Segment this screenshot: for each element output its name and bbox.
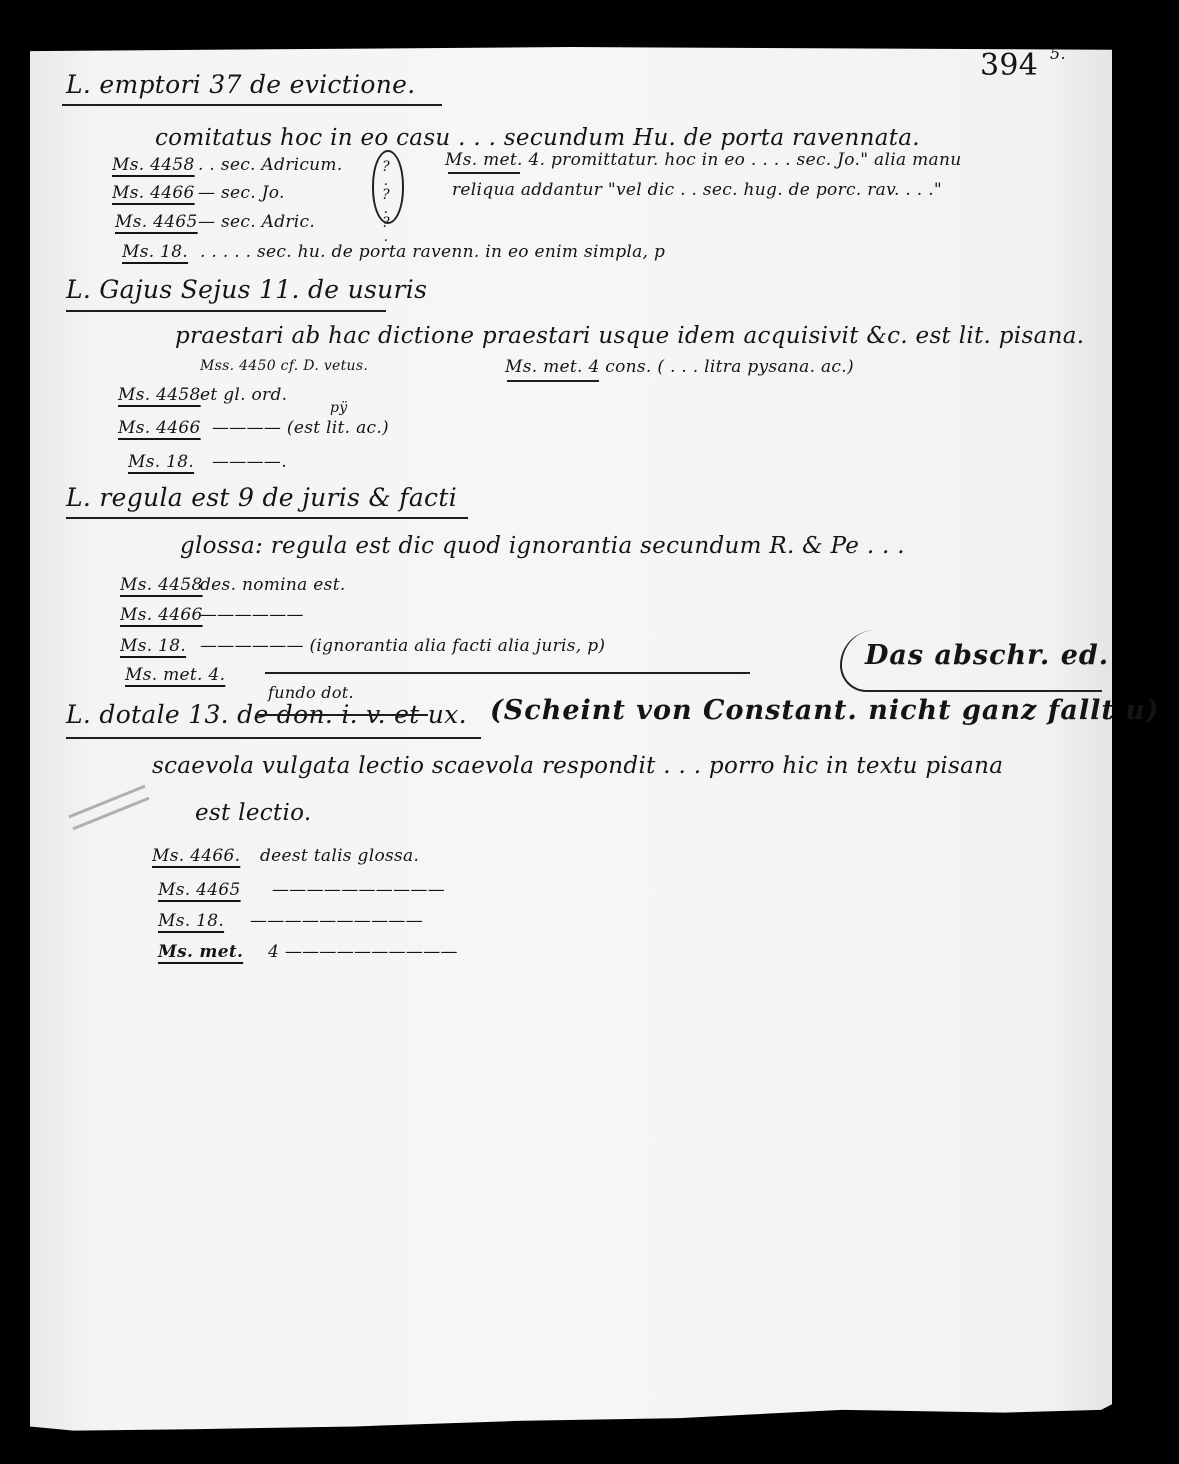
entry-1-heading-rule — [62, 104, 442, 106]
entry-1-ms-note: — sec. Jo. — [198, 183, 285, 203]
entry-1-side-note-underline — [448, 172, 520, 174]
entry-1-ms-note: — sec. Adric. — [198, 212, 315, 232]
entry-2-ms-note: et gl. ord. — [200, 385, 287, 405]
entry-2-sub-note: Mss. 4450 cf. D. vetus. — [200, 358, 368, 374]
entry-4-german-note: (Scheint von Constant. nicht ganz fallt … — [490, 695, 1160, 726]
entry-4-ms-note: —————————— — [272, 880, 445, 900]
entry-1-ms-note: . . . . . sec. hu. de porta ravenn. in e… — [200, 242, 665, 262]
entry-3-long-rule — [265, 672, 750, 674]
entry-3-ms-note: des. nomina est. — [200, 575, 346, 595]
entry-1-ms-ref: Ms. 4465 — [115, 212, 198, 232]
entry-4-ms-ref: Ms. met. — [158, 942, 243, 962]
entry-3-heading-rule — [66, 517, 468, 519]
entry-4-ms-note: —————————— — [250, 911, 423, 931]
entry-1-ms-note: . . sec. Adricum. — [198, 155, 343, 175]
entry-3-ms-note: —————— (ignorantia alia facti alia juris… — [200, 636, 605, 656]
entry-1-gloss: comitatus hoc in eo casu . . . secundum … — [155, 125, 920, 151]
entry-3-ms-ref: Ms. 4458 — [120, 575, 203, 595]
entry-3-heading: L. regula est 9 de juris & facti — [66, 483, 457, 512]
entry-4-gloss-line2: est lectio. — [195, 800, 311, 826]
entry-1-ms-ref: Ms. 4458 — [112, 155, 195, 175]
entry-4-ms-ref: Ms. 18. — [158, 911, 224, 931]
entry-2-side-note: Ms. met. 4 cons. ( . . . litra pysana. a… — [505, 357, 854, 377]
entry-1-query-marks: ? . ? . ? . — [378, 160, 394, 244]
entry-4-heading-strike — [258, 714, 428, 716]
entry-1-ms-ref: Ms. 4466 — [112, 183, 195, 203]
entry-2-ms-note: ————. — [212, 452, 287, 472]
entry-4-ms-ref: Ms. 4465 — [158, 880, 241, 900]
entry-2-ms-note: ———— (est lit. ac.) — [212, 418, 389, 438]
entry-4-ms-note: deest talis glossa. — [260, 846, 419, 866]
entry-1-ms-ref: Ms. 18. — [122, 242, 188, 262]
entry-2-side-note-underline — [507, 380, 599, 382]
entry-4-ms-ref: Ms. 4466. — [152, 846, 240, 866]
folio-number: 394 — [980, 48, 1038, 83]
entry-3-margin-note-swash — [840, 630, 1102, 692]
entry-3-ms-ref: Ms. 18. — [120, 636, 186, 656]
entry-4-ms-note: 4 —————————— — [268, 942, 458, 962]
entry-1-side-note-line1: Ms. met. 4. promittatur. hoc in eo . . .… — [445, 150, 961, 170]
entry-2-heading: L. Gajus Sejus 11. de usuris — [66, 275, 427, 304]
entry-1-heading: L. emptori 37 de evictione. — [66, 70, 415, 99]
entry-3-ms-note: —————— — [200, 605, 304, 625]
entry-4-gloss-line1: scaevola vulgata lectio scaevola respond… — [152, 753, 1003, 779]
entry-3-ms-ref: Ms. met. 4. — [125, 665, 225, 685]
entry-3-ms-ref: Ms. 4466 — [120, 605, 203, 625]
entry-1-side-note-line2: reliqua addantur "vel dic . . sec. hug. … — [452, 180, 942, 200]
entry-2-ms-ref: Ms. 4458 — [118, 385, 201, 405]
top-mark: ʻ — [618, 40, 623, 59]
entry-2-ms-ref: Ms. 4466 — [118, 418, 201, 438]
entry-3-gloss: glossa: regula est dic quod ignorantia s… — [180, 533, 905, 559]
folio-mark: 5. — [1050, 44, 1066, 63]
entry-2-gloss: praestari ab hac dictione praestari usqu… — [175, 323, 1084, 349]
entry-2-superscript: pÿ — [330, 400, 347, 416]
entry-2-heading-rule — [66, 310, 386, 312]
entry-2-ms-ref: Ms. 18. — [128, 452, 194, 472]
entry-4-heading-rule — [66, 737, 481, 739]
